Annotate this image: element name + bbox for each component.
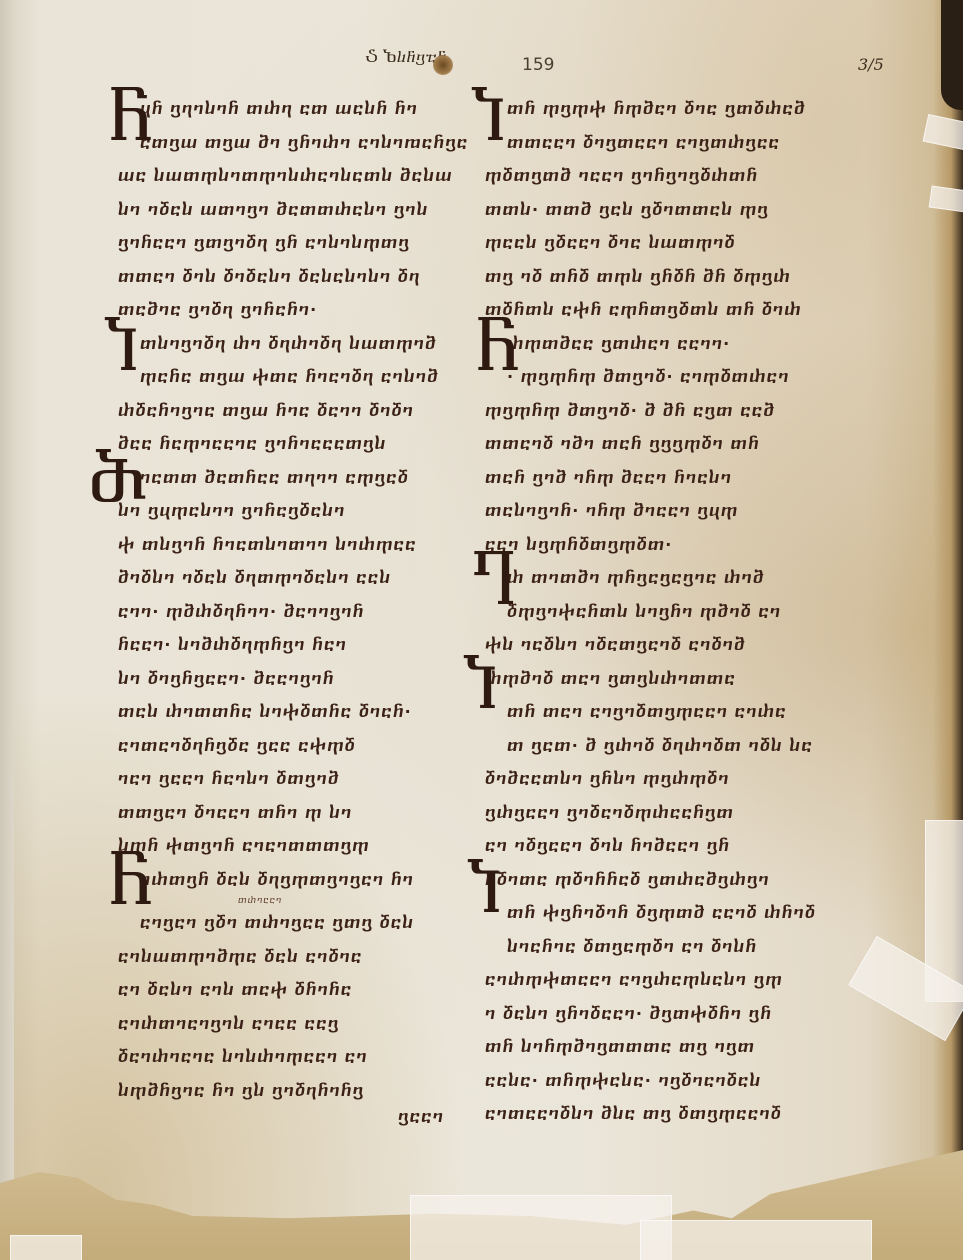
- initial-letter: Ⴈ: [471, 88, 506, 150]
- text-line: ⴇ ⴂⴀⴇ· ⴋ ⴂⴐⴈⴃ ⴃⴄⴐⴈⴃⴇ ⴈⴃⴑ ⴑⴀ: [485, 729, 835, 763]
- text-line: ⴑⴅⴌ ⴕⴇⴂⴈⴌ ⴀⴈⴀⴈⴇⴇⴇⴂⴅ: [118, 829, 468, 863]
- initial-letter: Ⴋ: [88, 450, 146, 512]
- binding-gutter: [0, 0, 14, 1260]
- repair-tape: [410, 1195, 672, 1260]
- repair-tape: [923, 114, 963, 150]
- initial-letter: Ⴄ: [471, 552, 516, 614]
- text-line: ⴇⴇⴀⴀⴈ ⴃⴈⴂⴇⴀⴀⴈ ⴀⴈⴂⴇⴐⴂⴀⴀ: [485, 126, 835, 160]
- initial-letter: Ⴈ: [104, 318, 139, 380]
- text-line: ⴌⴀⴀⴈ· ⴑⴈⴋⴐⴃⴄⴅⴌⴂⴈ ⴌⴀⴈ: [118, 628, 468, 662]
- text-line: ⴀⴀⴑⴀ· ⴇⴌⴅⴕⴀⴑⴀ· ⴈⴂⴃⴈⴀⴈⴃⴀⴑ: [485, 1064, 835, 1098]
- text-line: ⴇⴀⴑ ⴐⴈⴇⴇⴌⴀ ⴑⴈⴕⴃⴇⴌⴀ ⴃⴈⴀⴌ·: [118, 695, 468, 729]
- text-line: ⴀⴈⴇⴀⴀⴈⴃⴑⴈ ⴋⴑⴀ ⴇⴂ ⴃⴇⴂⴅⴀⴀⴈⴃ: [485, 1097, 835, 1131]
- text-line: ⴐ ⴇⴈⴇⴋⴈ ⴅⴌⴂⴀⴂⴀⴂⴈⴀ ⴐⴈⴋ: [485, 561, 835, 595]
- text-line: ⴐⴃⴀⴌⴈⴂⴈⴀ ⴇⴂⴍ ⴌⴈⴀ ⴃⴀⴈⴈ ⴃⴈⴃⴈ: [118, 394, 468, 428]
- interlinear-gloss: ⴇⴐⴈⴀⴀⴈ: [118, 896, 468, 906]
- text-line: ⴈ ⴃⴀⴑⴈ ⴂⴌⴈⴃⴀⴀⴈ· ⴋⴂⴇⴕⴃⴌⴈ ⴂⴌ: [485, 997, 835, 1031]
- page-corner-background: [941, 0, 963, 110]
- text-line: ⴈⴀⴇⴇ ⴋⴀⴇⴌⴀⴀ ⴇⴄⴈⴈ ⴀⴅⴂⴀⴃ: [118, 461, 468, 495]
- text-line: ⴕⴑ ⴈⴀⴃⴑⴈ ⴈⴃⴀⴇⴂⴀⴈⴃ ⴀⴈⴃⴈⴋ: [485, 628, 835, 662]
- text-line: ⴇⴌ ⴑⴈⴌⴅⴋⴈⴂⴇⴇⴇⴀ ⴇⴂ ⴈⴂⴇ: [485, 1030, 835, 1064]
- text-line: ⴀⴈⴂⴀⴈ ⴂⴃⴈ ⴇⴐⴈⴂⴀⴀ ⴂⴇⴂ ⴃⴀⴑ: [118, 906, 468, 940]
- text-line: ⴅⴂⴅⴌⴅ ⴋⴇⴂⴈⴃ· ⴋ ⴋⴌ ⴀⴂⴇ ⴀⴀⴋ: [485, 394, 835, 428]
- text-line: ⴀⴈ ⴃⴀⴑⴈ ⴀⴈⴑ ⴇⴀⴕ ⴃⴌⴈⴌⴀ: [118, 973, 468, 1007]
- text-line: ⴇⴇⴀⴈ ⴃⴈⴑ ⴃⴈⴃⴀⴑⴈ ⴃⴀⴑⴀⴑⴈⴑⴈ ⴃⴄ: [118, 260, 468, 294]
- text-line: ⴌⴃⴈⴇⴀ ⴅⴃⴈⴌⴌⴀⴃ ⴂⴇⴐⴀⴋⴂⴐⴂⴈ: [485, 863, 835, 897]
- text-line: ⴇⴌ ⴅⴂⴅⴕ ⴌⴅⴋⴀⴈ ⴃⴈⴀ ⴂⴇⴃⴐⴀⴋ: [485, 92, 835, 126]
- text-line: ⴅⴃⴇⴂⴇⴋ ⴈⴀⴀⴈ ⴂⴈⴌⴂⴈⴂⴃⴐⴇⴌ: [485, 159, 835, 193]
- text-line: ⴑⴈ ⴈⴃⴀⴑ ⴍⴇⴈⴂⴈ ⴋⴀⴇⴇⴐⴀⴑⴈ ⴂⴈⴑ: [118, 193, 468, 227]
- text-line: ⴋⴈⴃⴑⴈ ⴈⴃⴀⴑ ⴃⴄⴇⴅⴈⴃⴀⴑⴈ ⴀⴀⴑ: [118, 561, 468, 595]
- text-line: ⴇⴇⴀⴈⴃ ⴈⴋⴈ ⴇⴀⴌ ⴂⴂⴂⴅⴃⴈ ⴇⴌ: [485, 427, 835, 461]
- text-line: ⴐⴅⴋⴈⴃ ⴇⴀⴈ ⴂⴇⴂⴑⴐⴈⴇⴇⴀ: [485, 662, 835, 696]
- text-line: ⴇⴀⴌ ⴂⴈⴋ ⴈⴌⴅ ⴋⴀⴀⴈ ⴌⴈⴀⴑⴈ: [485, 461, 835, 495]
- text-line: ⴅⴀⴀⴑ ⴂⴃⴀⴀⴈ ⴃⴈⴀ ⴑⴍⴇⴅⴈⴃ: [485, 226, 835, 260]
- repair-tape: [10, 1235, 82, 1260]
- text-line: ⴑⴅⴋⴌⴂⴈⴀ ⴌⴈ ⴂⴑ ⴂⴈⴃⴄⴌⴈⴌⴂ: [118, 1074, 468, 1108]
- text-line: ⴅⴀⴌⴀ ⴇⴂⴍ ⴕⴇⴀ ⴌⴈⴀⴈⴃⴄ ⴀⴈⴑⴈⴋ: [118, 360, 468, 394]
- text-line: ⴃⴅⴂⴈⴕⴀⴌⴇⴑ ⴑⴈⴂⴌⴈ ⴅⴋⴈⴃ ⴀⴈ: [485, 595, 835, 629]
- ink-stain: [433, 55, 453, 75]
- text-line: ⴀⴀⴈ ⴑⴂⴅⴌⴃⴇⴂⴅⴃⴇ·: [485, 528, 835, 562]
- text-line: ⴇⴑⴈⴂⴈⴃⴄ ⴐⴈ ⴃⴄⴐⴈⴃⴄ ⴑⴍⴇⴅⴈⴋ: [118, 327, 468, 361]
- text-line: ⴀⴈⴈ· ⴅⴋⴐⴃⴄⴌⴈⴈ· ⴋⴀⴈⴈⴂⴈⴌ: [118, 595, 468, 629]
- text-line: ⴇⴌ ⴕⴂⴌⴈⴃⴈⴌ ⴃⴂⴅⴇⴋ ⴀⴀⴈⴃ ⴐⴌⴈⴃ: [485, 896, 835, 930]
- text-line: ⴇⴂ ⴈⴃ ⴇⴌⴃ ⴇⴅⴑ ⴂⴌⴃⴌ ⴋⴌ ⴃⴅⴂⴐ: [485, 260, 835, 294]
- text-line: ⴃⴈⴋⴀⴀⴇⴑⴈ ⴂⴌⴑⴈ ⴅⴂⴐⴅⴃⴈ: [485, 762, 835, 796]
- initial-letter: Ⴈ: [467, 860, 502, 922]
- text-line: ⴋⴀⴀ ⴌⴀⴅⴈⴀⴀⴈⴀ ⴂⴈⴌⴈⴀⴀⴀⴇⴂⴑ: [118, 427, 468, 461]
- text-line: ⴇⴇⴑ· ⴇⴇⴋ ⴂⴀⴑ ⴂⴃⴈⴇⴇⴀⴑ ⴅⴂ: [485, 193, 835, 227]
- text-line: ⴑⴈⴀⴌⴈⴀ ⴃⴇⴂⴀⴅⴃⴈ ⴀⴈ ⴃⴈⴑⴌ: [485, 930, 835, 964]
- text-line: ⴇⴌ ⴇⴀⴈ ⴀⴈⴂⴈⴃⴇⴂⴅⴀⴀⴈ ⴀⴈⴐⴀ: [485, 695, 835, 729]
- text-line: ⴂⴈⴌⴀⴀⴈ ⴂⴇⴂⴈⴃⴄ ⴂⴌ ⴀⴈⴑⴈⴑⴅⴇⴂ: [118, 226, 468, 260]
- text-line: ⴇⴇⴂⴀⴈ ⴃⴈⴀⴀⴈ ⴇⴌⴈ ⴅ ⴑⴈ: [118, 796, 468, 830]
- text-line: ⴐⴅⴇⴋⴀⴀ ⴂⴇⴐⴀⴈ ⴀⴀⴈⴈ·: [485, 327, 835, 361]
- text-line: ⴇⴀⴑⴈⴂⴈⴌ· ⴈⴌⴅ ⴋⴈⴀⴀⴈ ⴂⴗⴅ: [485, 494, 835, 528]
- manuscript-page: Ⴢ Ⴆⴑⴌⴂⴀⴌ 159 3/5 Ⴌ Ⴈ Ⴋ Ⴌ ⴗⴌ ⴂⴄⴈⴑⴈⴌ ⴇⴐⴄ ⴀ…: [0, 0, 963, 1260]
- text-column-right: Ⴈ Ⴌ Ⴄ Ⴈ Ⴈ ⴇⴌ ⴅⴂⴅⴕ ⴌⴅⴋⴀⴈ ⴃⴈⴀ ⴂⴇⴃⴐⴀⴋ ⴇⴇⴀⴀⴈ…: [485, 92, 835, 1131]
- text-line: ⴃⴀⴈⴐⴈⴀⴈⴀ ⴑⴈⴑⴐⴈⴅⴀⴀⴈ ⴀⴈ: [118, 1040, 468, 1074]
- text-line: ⴀⴈ ⴈⴃⴂⴀⴀⴈ ⴃⴈⴑ ⴌⴈⴋⴀⴀⴈ ⴂⴌ: [485, 829, 835, 863]
- text-column-left: Ⴌ Ⴈ Ⴋ Ⴌ ⴗⴌ ⴂⴄⴈⴑⴈⴌ ⴇⴐⴄ ⴀⴇ ⴍⴀⴑⴌ ⴌⴈ ⴀⴇⴂⴍ ⴇⴂ…: [118, 92, 468, 1127]
- folio-number-pencil: 159: [522, 55, 554, 75]
- text-line: ⴀⴈⴇⴀⴈⴃⴄⴌⴂⴃⴀ ⴂⴀⴀ ⴀⴕⴅⴃ: [118, 729, 468, 763]
- text-line: ⴑⴈ ⴂⴗⴅⴀⴑⴈⴈ ⴂⴈⴌⴀⴂⴃⴀⴑⴈ: [118, 494, 468, 528]
- initial-letter: Ⴌ: [108, 88, 154, 150]
- folio-number-ink: 3/5: [858, 55, 884, 74]
- text-line: ⴈⴐⴇⴂⴌ ⴃⴀⴑ ⴃⴄⴂⴅⴇⴂⴈⴂⴀⴈ ⴌⴈ: [118, 863, 468, 897]
- repair-tape: [640, 1220, 872, 1260]
- text-line: ⴇⴀⴋⴈⴀ ⴂⴈⴃⴄ ⴂⴈⴌⴀⴌⴈ·: [118, 293, 468, 327]
- text-line: ⴀⴈⴑⴍⴇⴅⴈⴋⴅⴀ ⴃⴀⴑ ⴀⴈⴃⴈⴀ: [118, 940, 468, 974]
- text-line: ⴂⴐⴂⴀⴀⴈ ⴂⴈⴃⴀⴈⴃⴅⴐⴀⴀⴌⴂⴇ: [485, 796, 835, 830]
- initial-letter: Ⴈ: [463, 656, 498, 718]
- text-line: ⴀⴇⴂⴍ ⴇⴂⴍ ⴋⴈ ⴂⴌⴈⴐⴈ ⴀⴈⴑⴈⴊⴀⴌⴂⴀⴇ ⴑⴀⴑ: [118, 126, 468, 160]
- text-line: ⴀⴈⴐⴇⴈⴀⴈⴂⴈⴑ ⴀⴈⴀⴀ ⴀⴀⴂ: [118, 1007, 468, 1041]
- text-line: ⴗⴌ ⴂⴄⴈⴑⴈⴌ ⴇⴐⴄ ⴀⴇ ⴍⴀⴑⴌ ⴌⴈ: [118, 92, 468, 126]
- initial-letter: Ⴌ: [475, 318, 521, 380]
- text-line: ⴑⴈ ⴃⴈⴂⴌⴂⴀⴀⴈ· ⴋⴀⴀⴈⴂⴈⴌ: [118, 662, 468, 696]
- text-line: · ⴅⴂⴅⴌⴅ ⴋⴇⴂⴈⴃ· ⴀⴈⴅⴃⴇⴐⴀⴈ: [485, 360, 835, 394]
- text-line: ⴈⴀⴈ ⴂⴀⴀⴈ ⴌⴀⴈⴑⴈ ⴃⴇⴂⴈⴋ: [118, 762, 468, 796]
- catchword: ⴂⴀⴀⴈ: [118, 1107, 468, 1127]
- text-line: ⴇⴃⴌⴇⴑ ⴀⴕⴌ ⴀⴅⴌⴇⴂⴃⴇⴑ ⴇⴌ ⴃⴈⴐ: [485, 293, 835, 327]
- initial-letter: Ⴌ: [108, 852, 154, 914]
- text-line: ⴍⴀ ⴑⴍⴇⴅⴑⴈⴇⴅⴈⴑⴐⴀⴈⴑⴀⴇⴑ ⴋⴀⴑⴍ: [118, 159, 468, 193]
- text-line: ⴕ ⴇⴑⴂⴈⴌ ⴌⴈⴀⴇⴑⴈⴇⴈⴈ ⴑⴈⴐⴅⴀⴀ: [118, 528, 468, 562]
- text-line: ⴀⴈⴐⴅⴕⴇⴀⴀⴈ ⴀⴈⴂⴐⴀⴅⴑⴀⴑⴈ ⴂⴅ: [485, 963, 835, 997]
